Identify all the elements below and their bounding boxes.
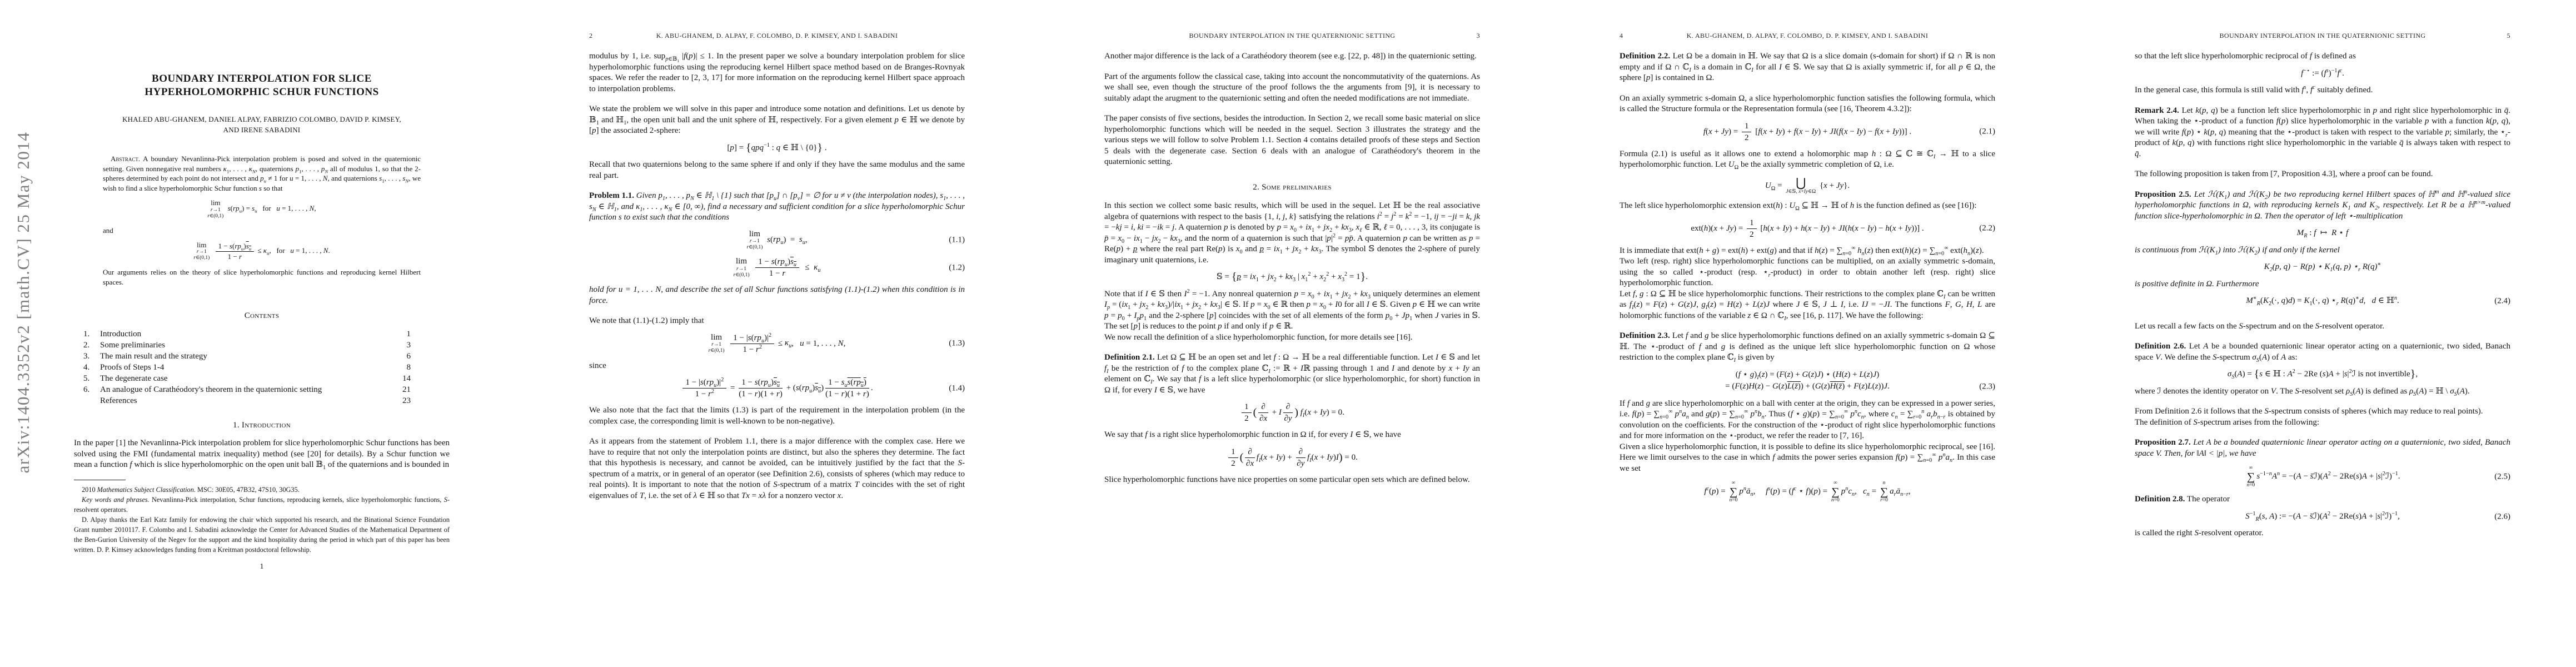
abstract-label: Abstract. [111,155,140,163]
display-formula-MR: MR : f ↦ R ⋆ f [2135,228,2510,239]
toc-page: 8 [386,362,411,373]
paragraph: If f and g are slice hyperholomorphic on… [1620,399,1995,442]
abstract-formula-1: limr→1r∈(0,1) s(rpu) = su for u = 1, . .… [103,199,421,219]
toc-number: 1. [83,328,100,340]
paragraph: Recall that two quaternions belong to th… [589,160,965,181]
paper-title-line-1: BOUNDARY INTERPOLATION FOR SLICE [74,72,450,86]
abstract: Abstract. A boundary Nevanlinna-Pick int… [103,154,421,287]
equation-body: = (F(z)H(z) − G(z)L(z̄)) + (G(z)H(z̄) + … [1620,381,1995,392]
abstract-text: A boundary Nevanlinna-Pick interpolation… [103,155,421,192]
equation-number: (1.3) [949,338,965,349]
footnote-rule [74,480,126,480]
paragraph: is called the right S-resolvent operator… [2135,528,2510,539]
page-2: 2 K. ABU-GHANEM, D. ALPAY, F. COLOMBO, D… [515,0,1030,667]
footnote-acknowledgements: D. Alpay thanks the Earl Katz family for… [74,515,450,555]
proposition-text-continued: is continuous from ℋ(K1) into ℋ(K2) if a… [2135,245,2510,256]
paragraph: modulus by 1, i.e. supp∈𝔹1 |f(p)| ≤ 1. I… [589,51,965,94]
paragraph: Note that if I ∈ 𝕊 then I2 = −1. Any non… [1104,289,1480,332]
equation-body: ext(h)(x + Jy) = 12 [h(x + Iy) + h(x − I… [1620,218,1995,240]
equation-body: ∞∑n=0s−1−nAn = −(A − s̄ℐ)(A2 − 2Re(s)A +… [2135,465,2510,488]
paper-title-line-2: HYPERHOLOMORPHIC SCHUR FUNCTIONS [74,86,450,99]
toc-page: 14 [386,373,411,384]
paragraph: Let us recall a few facts on the S-spect… [2135,321,2510,332]
equation-2-2: ext(h)(x + Jy) = 12 [h(x + Iy) + h(x − I… [1620,218,1995,240]
table-of-contents: 1.Introduction1 2.Some preliminaries3 3.… [83,328,411,406]
equation-2-6: S−1R(s, A) := −(A − s̄ℐ)(A2 − 2Re(s)A + … [2135,511,2510,522]
contents-heading: Contents [74,311,450,321]
paragraph: We note that (1.1)-(1.2) imply that [589,316,965,327]
toc-label: Some preliminaries [100,340,386,351]
definition-text: Let Ω ⊆ ℍ be an open set and let f : Ω →… [1104,353,1480,395]
abstract-formula-2: limr→1r∈(0,1) 1 − s(rpu)su1 − r ≤ κu, fo… [103,241,421,261]
equation-body: limr→1r∈(0,1) 1 − |s(rpu)|21 − r2 ≤ κu, … [589,333,965,355]
equation-body: S−1R(s, A) := −(A − s̄ℐ)(A2 − 2Re(s)A + … [2135,511,2510,522]
page-3: BOUNDARY INTERPOLATION IN THE QUATERNION… [1030,0,1546,667]
proposition-2-5: Proposition 2.5. Let ℋ(K1) and ℋ(K2) be … [2135,190,2510,222]
paragraph: We state the problem we will solve in th… [589,104,965,137]
arxiv-watermark: arXiv:1404.3352v2 [math.CV] 25 May 2014 [13,132,33,474]
paragraph: The paper consists of five sections, bes… [1104,113,1480,168]
toc-entry-introduction: 1.Introduction1 [83,328,411,340]
definition-text: Let Ω be a domain in ℍ. We say that Ω is… [1620,52,1995,82]
display-formula-left-slice: 12(∂∂x + I∂∂y) fI(x + Iy) = 0. [1104,402,1480,424]
running-head-title: BOUNDARY INTERPOLATION IN THE QUATERNION… [2157,32,2488,40]
authors-line-2: AND IRENE SABADINI [74,125,450,135]
toc-label: References [100,395,386,406]
equation-1-2: limr→1r∈(0,1) 1 − s(rpu)su1 − r ≤ κu(1.2… [589,257,965,278]
authors-line-1: KHALED ABU-GHANEM, DANIEL ALPAY, FABRIZI… [74,114,450,125]
toc-number [83,395,100,406]
equation-2-3-line-1: (f ⋆ g)I(z) = (F(z) + G(z)J) ⋆ (H(z) + L… [1620,370,1995,381]
equation-body: 1 − |s(rpu)|21 − r2 = 1 − s(rpu)su(1 − r… [589,377,965,399]
abstract-paragraph: Abstract. A boundary Nevanlinna-Pick int… [103,154,421,193]
equation-2-1: f(x + Jy) = 12 [f(x + Iy) + f(x − Iy) + … [1620,121,1995,143]
problem-text-continued: hold for u = 1, . . . N, and describe th… [589,285,965,306]
paragraph: Let f, g : Ω ⊆ ℍ be slice hyperholomorph… [1620,289,1995,322]
equation-body: limr→1r∈(0,1) s(rpu) = su, [589,230,965,251]
display-formula-fc-fs: fc(p) = ∞∑n=0pnān, fs(p) = (fc ⋆ f)(p) =… [1620,480,1995,503]
equation-1-4: 1 − |s(rpu)|21 − r2 = 1 − s(rpu)su(1 − r… [589,377,965,399]
toc-entry-references: References23 [83,395,411,406]
equation-number: (1.4) [949,383,965,394]
page-number: 1 [74,563,450,571]
paragraph: The following proposition is taken from … [2135,169,2510,180]
equation-2-3-line-2: = (F(z)H(z) − G(z)L(z̄)) + (G(z)H(z̄) + … [1620,381,1995,392]
display-formula-union: UΩ = ⋃J∈𝕊, x+Iy∈Ω {x + Jy}. [1620,177,1995,195]
paragraph: Given a slice hyperholomorphic function,… [1620,442,1995,475]
toc-entry-proofs: 4.Proofs of Steps 1-48 [83,362,411,373]
page-3-running-head: BOUNDARY INTERPOLATION IN THE QUATERNION… [1104,32,1480,40]
toc-number: 2. [83,340,100,351]
toc-entry-main-result: 3.The main result and the strategy6 [83,351,411,362]
equation-body: M∗R(K2(·, q)d) = K1(·, q) ⋆r R(q)∗d, d ∈… [2135,296,2510,307]
definition-2-2: Definition 2.2. Let Ω be a domain in ℍ. … [1620,51,1995,84]
toc-number: 6. [83,384,100,395]
section-2-heading: 2. Some preliminaries [1104,182,1480,193]
paragraph: The left slice hyperholomorphic extensio… [1620,201,1995,212]
definition-text: Let f and g be slice hyperholomorphic fu… [1620,331,1995,362]
page-number: 4 [1620,32,1642,40]
running-head-title: K. ABU-GHANEM, D. ALPAY, F. COLOMBO, D. … [611,32,943,40]
proposition-text: Let A be a bounded quaternionic linear o… [2135,438,2510,458]
proposition-text-continued: is positive definite in Ω. Furthermore [2135,279,2510,290]
display-formula-right-slice: 12(∂∂xfI(x + Iy) + ∂∂yfI(x + Iy)I) = 0. [1104,447,1480,469]
page-2-running-head: 2 K. ABU-GHANEM, D. ALPAY, F. COLOMBO, D… [589,32,965,40]
paragraph: As it appears from the statement of Prob… [589,436,965,501]
paragraph: since [589,361,965,372]
proposition-label: Proposition 2.5. [2135,190,2191,199]
toc-entry-preliminaries: 2.Some preliminaries3 [83,340,411,351]
equation-body: limr→1r∈(0,1) 1 − s(rpu)su1 − r ≤ κu [589,257,965,278]
definition-label: Definition 2.3. [1620,331,1670,340]
paragraph: The definition of S-spectrum arises from… [2135,417,2510,429]
running-head-title: K. ABU-GHANEM, D. ALPAY, F. COLOMBO, D. … [1642,32,1973,40]
toc-label: An analogue of Carathéodory's theorem in… [100,384,386,395]
definition-text: The operator [2187,495,2230,504]
display-formula-sphere-S: 𝕊 = {p = ix1 + jx2 + kx3 | x12 + x22 + x… [1104,272,1480,283]
remark-text: Let k(p, q) be a function left slice hyp… [2135,106,2510,158]
page-5-running-head: BOUNDARY INTERPOLATION IN THE QUATERNION… [2135,32,2510,40]
definition-2-8: Definition 2.8. The operator [2135,494,2510,505]
page-number: 2 [589,32,611,40]
definition-2-3: Definition 2.3. Let f and g be slice hyp… [1620,331,1995,364]
equation-number: (2.1) [1979,126,1995,137]
equation-2-5: ∞∑n=0s−1−nAn = −(A − s̄ℐ)(A2 − 2Re(s)A +… [2135,465,2510,488]
paragraph: Another major difference is the lack of … [1104,51,1480,62]
toc-number: 5. [83,373,100,384]
page-number: 5 [2488,32,2510,40]
page-5: BOUNDARY INTERPOLATION IN THE QUATERNION… [2061,0,2576,667]
toc-label: Introduction [100,328,386,340]
paragraph: In the general case, this formula is sti… [2135,85,2510,96]
toc-entry-caratheodory: 6.An analogue of Carathéodory's theorem … [83,384,411,395]
footnotes: 2010 Mathematics Subject Classification.… [74,485,450,555]
problem-1-1: Problem 1.1. Given p1, . . . , pN ∈ ℍ1 \… [589,191,965,223]
paragraph: It is immediate that ext(h + g) = ext(h)… [1620,246,1995,257]
paragraph: where ℐ denotes the identity operator on… [2135,386,2510,397]
paragraph: In this section we collect some basic re… [1104,201,1480,266]
definition-2-1: Definition 2.1. Let Ω ⊆ ℍ be an open set… [1104,352,1480,396]
document: arXiv:1404.3352v2 [math.CV] 25 May 2014 … [0,0,2576,667]
definition-label: Definition 2.1. [1104,353,1155,362]
definition-text: Let A be a bounded quaternionic linear o… [2135,342,2510,362]
page-4: 4 K. ABU-GHANEM, D. ALPAY, F. COLOMBO, D… [1546,0,2061,667]
page-1-column: BOUNDARY INTERPOLATION FOR SLICE HYPERHO… [74,0,450,571]
equation-number: (2.6) [2494,511,2510,522]
definition-2-6: Definition 2.6. Let A be a bounded quate… [2135,341,2510,363]
toc-entry-degenerate: 5.The degenerate case14 [83,373,411,384]
paragraph: We say that f is a right slice hyperholo… [1104,430,1480,441]
page-5-column: so that the left slice hyperholomorphic … [2135,51,2510,546]
page-4-running-head: 4 K. ABU-GHANEM, D. ALPAY, F. COLOMBO, D… [1620,32,1995,40]
definition-label: Definition 2.8. [2135,495,2185,504]
intro-paragraph: In the paper [1] the Nevanlinna-Pick int… [74,438,450,471]
toc-number: 3. [83,351,100,362]
equation-number: (2.3) [1979,381,1995,392]
proposition-text: Let ℋ(K1) and ℋ(K2) be two reproducing k… [2135,190,2510,221]
page-3-column: Another major difference is the lack of … [1104,51,1480,492]
paragraph: We also note that the fact that the limi… [589,405,965,427]
problem-text: Given p1, . . . , pN ∈ ℍ1 \ {1} such tha… [589,191,965,222]
paper-title: BOUNDARY INTERPOLATION FOR SLICE HYPERHO… [74,72,450,99]
paragraph: Slice hyperholomorphic functions have ni… [1104,475,1480,486]
paragraph: On an axially symmetric s-domain Ω, a sl… [1620,93,1995,115]
display-formula-kernel: K2(p, q) − R(p) ⋆ K1(q, p) ⋆r R(q)∗ [2135,262,2510,273]
equation-1-3: limr→1r∈(0,1) 1 − |s(rpu)|21 − r2 ≤ κu, … [589,333,965,355]
section-1-heading: 1. Introduction [74,421,450,430]
running-head-title: BOUNDARY INTERPOLATION IN THE QUATERNION… [1127,32,1458,40]
footnote-msc: 2010 Mathematics Subject Classification.… [74,485,450,495]
display-formula-sigma: σS(A) = {s ∈ ℍ : A2 − 2Re (s)A + |s|2ℐ i… [2135,369,2510,380]
authors: KHALED ABU-GHANEM, DANIEL ALPAY, FABRIZI… [74,114,450,135]
toc-label: The main result and the strategy [100,351,386,362]
display-formula-sphere: [p] = {qpq−1 : q ∈ ℍ \ {0}} . [589,143,965,154]
equation-number: (2.4) [2494,296,2510,307]
paragraph: Part of the arguments follow the classic… [1104,72,1480,104]
page-4-column: Definition 2.2. Let Ω be a domain in ℍ. … [1620,51,1995,510]
abstract-connector: and [103,226,421,236]
page-1: arXiv:1404.3352v2 [math.CV] 25 May 2014 … [0,0,515,667]
page-number: 3 [1458,32,1480,40]
equation-1-1: limr→1r∈(0,1) s(rpu) = su,(1.1) [589,230,965,251]
proposition-2-7: Proposition 2.7. Let A be a bounded quat… [2135,437,2510,459]
equation-number: (2.2) [1979,223,1995,235]
abstract-text-2: Our arguments relies on the theory of sl… [103,267,421,287]
problem-label: Problem 1.1. [589,191,634,200]
equation-number: (1.2) [949,262,965,273]
remark-label: Remark 2.4. [2135,106,2179,115]
toc-label: Proofs of Steps 1-4 [100,362,386,373]
equation-body: f(x + Jy) = 12 [f(x + Iy) + f(x − Iy) + … [1620,121,1995,143]
equation-number: (2.5) [2494,471,2510,482]
toc-number: 4. [83,362,100,373]
toc-page: 23 [386,395,411,406]
definition-label: Definition 2.2. [1620,52,1670,61]
paragraph: Two left (resp. right) slice hyperholomo… [1620,256,1995,289]
toc-label: The degenerate case [100,373,386,384]
equation-number: (1.1) [949,235,965,246]
remark-2-4: Remark 2.4. Let k(p, q) be a function le… [2135,106,2510,160]
toc-page: 6 [386,351,411,362]
toc-page: 1 [386,328,411,340]
paragraph: so that the left slice hyperholomorphic … [2135,51,2510,62]
footnote-keywords: Key words and phrases. Nevanlinna-Pick i… [74,495,450,515]
paragraph: From Definition 2.6 it follows that the … [2135,406,2510,417]
definition-label: Definition 2.6. [2135,342,2186,351]
toc-page: 21 [386,384,411,395]
paragraph: Formula (2.1) is useful as it allows one… [1620,149,1995,171]
paragraph: We now recall the definition of a slice … [1104,332,1480,344]
toc-page: 3 [386,340,411,351]
display-formula-reciprocal: f−⋆ := (fs)−1fc. [2135,68,2510,79]
page-2-column: modulus by 1, i.e. supp∈𝔹1 |f(p)| ≤ 1. I… [589,51,965,509]
proposition-label: Proposition 2.7. [2135,438,2191,447]
equation-2-4: M∗R(K2(·, q)d) = K1(·, q) ⋆r R(q)∗d, d ∈… [2135,296,2510,307]
